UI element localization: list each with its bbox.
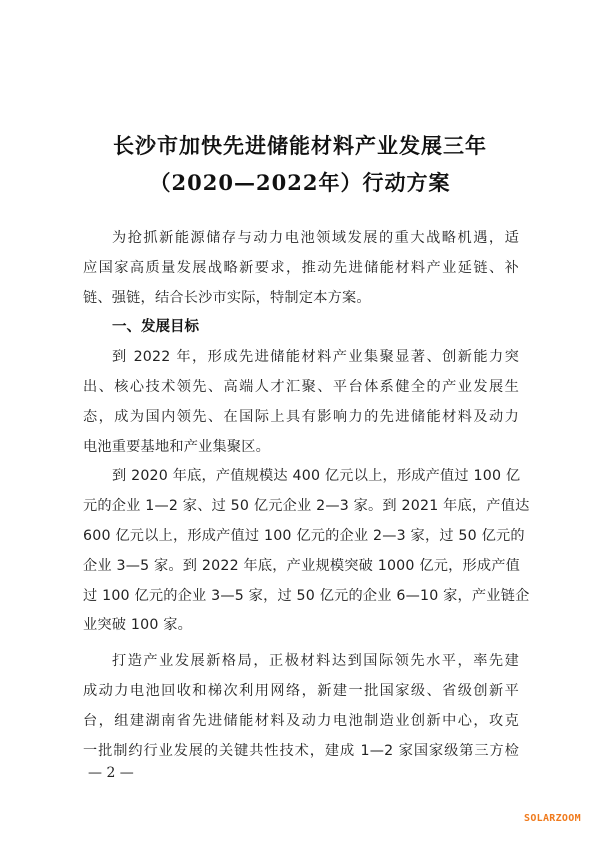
text-line: 打造产业发展新格局，正极材料达到国际领先水平，率先建 — [83, 647, 519, 677]
document-body: 为抢抓新能源储存与动力电池领域发展的重大战略机遇，适 应国家高质量发展战略新要求… — [83, 224, 519, 766]
text-line: 业突破 100 家。 — [83, 611, 519, 641]
document-page: 长沙市加快先进储能材料产业发展三年 （2020—2022年）行动方案 为抢抓新能… — [0, 0, 600, 848]
text-line: 出、核心技术领先、高端人才汇聚、平台体系健全的产业发展生 — [83, 373, 519, 403]
text-line: 态，成为国内领先、在国际上具有影响力的先进储能材料及动力 — [83, 403, 519, 433]
text-line: 到 2020 年底，产值规模达 400 亿元以上，形成产值过 100 亿 — [83, 462, 519, 492]
document-title-line2: （2020—2022年）行动方案 — [0, 167, 600, 197]
section-heading: 一、发展目标 — [83, 313, 519, 343]
text-line: 成动力电池回收和梯次利用网络，新建一批国家级、省级创新平 — [83, 677, 519, 707]
text-line: 600 亿元以上，形成产值过 100 亿元的企业 2—3 家，过 50 亿元的 — [83, 522, 519, 552]
document-title-line1: 长沙市加快先进储能材料产业发展三年 — [0, 130, 600, 160]
text-line: 电池重要基地和产业集聚区。 — [83, 433, 519, 463]
text-line: 一批制约行业发展的关键共性技术，建成 1—2 家国家级第三方检 — [83, 737, 519, 767]
text-line: 为抢抓新能源储存与动力电池领域发展的重大战略机遇，适 — [83, 224, 519, 254]
pattern-paragraph: 打造产业发展新格局，正极材料达到国际领先水平，率先建 成动力电池回收和梯次利用网… — [83, 647, 519, 766]
watermark-logo: SOLARZOOM — [524, 813, 581, 824]
text-line: 过 100 亿元的企业 3—5 家，过 50 亿元的企业 6—10 家，产业链企 — [83, 582, 519, 612]
page-number: — 2 — — [88, 765, 134, 781]
text-line: 应国家高质量发展战略新要求，推动先进储能材料产业延链、补 — [83, 254, 519, 284]
intro-paragraph: 为抢抓新能源储存与动力电池领域发展的重大战略机遇，适 应国家高质量发展战略新要求… — [83, 224, 519, 313]
targets-paragraph: 到 2020 年底，产值规模达 400 亿元以上，形成产值过 100 亿 元的企… — [83, 462, 519, 641]
text-line: 到 2022 年，形成先进储能材料产业集聚显著、创新能力突 — [83, 343, 519, 373]
text-line: 企业 3—5 家。到 2022 年底，产业规模突破 1000 亿元，形成产值 — [83, 552, 519, 582]
text-line: 元的企业 1—2 家、过 50 亿元企业 2—3 家。到 2021 年底，产值达 — [83, 492, 519, 522]
text-line: 链、强链，结合长沙市实际，特制定本方案。 — [83, 284, 519, 314]
goal-paragraph: 到 2022 年，形成先进储能材料产业集聚显著、创新能力突 出、核心技术领先、高… — [83, 343, 519, 462]
text-line: 台，组建湖南省先进储能材料及动力电池制造业创新中心，攻克 — [83, 707, 519, 737]
